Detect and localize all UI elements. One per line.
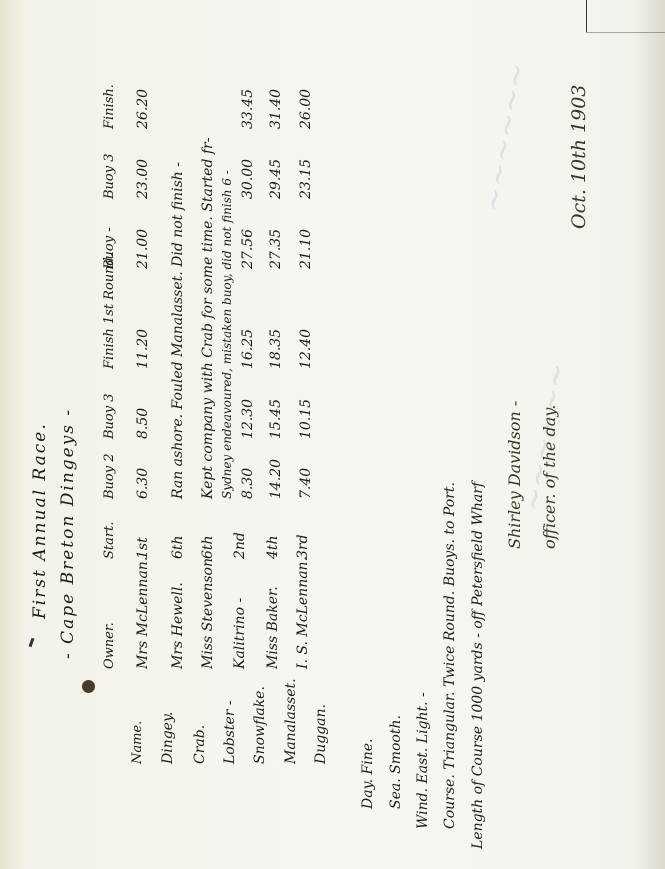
row-owner: Mrs McLennan. (135, 557, 151, 669)
page-subtitle: - Cape Breton Dingeys - (58, 408, 78, 659)
row-time: 27.35 (268, 229, 284, 269)
header-buoy2: Buoy 2 (102, 454, 117, 500)
row-time: 15.45 (268, 399, 284, 439)
header-buoy: Buoy - (102, 227, 117, 269)
row-time: 33.45 (240, 89, 256, 129)
conditions-wind: Wind. East. Light. - (415, 692, 431, 829)
row-time: 18.35 (268, 329, 284, 369)
row-time: 11.20 (135, 329, 151, 369)
row-start: 2nd (232, 532, 248, 559)
conditions-length: Length of Course 1000 yards - off Peters… (470, 482, 486, 849)
header-finish1: Finish 1st Round. (102, 253, 117, 369)
header-buoy3b: Buoy 3 (102, 154, 117, 200)
row-note: Sydney endeavoured, mistaken buoy, did n… (220, 170, 234, 499)
row-time: 30.00 (240, 159, 256, 199)
row-time: 10.15 (298, 399, 314, 439)
signature-date: Oct. 10th 1903 (568, 85, 590, 229)
row-start: 4th (265, 535, 281, 559)
row-name: Crab. (192, 725, 208, 764)
row-name: Manalasset. (283, 678, 299, 764)
row-start: 6th (170, 535, 186, 559)
row-start: 3rd (295, 534, 311, 559)
signature-name: Shirley Davidson - (505, 401, 524, 549)
conditions-course: Course. Triangular. Twice Round. Buoys. … (442, 482, 458, 829)
row-time: 23.15 (298, 159, 314, 199)
header-finish: Finish. (102, 84, 117, 129)
signature-role: officer. of the day. (540, 405, 559, 549)
row-name: Duggan. (313, 704, 329, 764)
row-time: 8.50 (135, 408, 151, 439)
row-start: 1st (135, 537, 151, 559)
conditions-sea: Sea. Smooth. (388, 715, 404, 809)
row-time: 21.00 (135, 229, 151, 269)
header-buoy3: Buoy 3 (102, 394, 117, 440)
row-time: 12.40 (298, 329, 314, 369)
row-owner: I. S. McLennan. (295, 557, 311, 669)
row-time: 6.30 (135, 468, 151, 499)
row-owner: Miss Baker. (265, 586, 281, 669)
row-owner: Kalitrino - (232, 598, 248, 669)
row-start: 6th (200, 535, 216, 559)
row-time: 16.25 (240, 329, 256, 369)
row-note: Ran ashore. Fouled Manalasset. Did not f… (170, 162, 186, 499)
row-name: Dingey. (160, 712, 176, 764)
document-page: ~~~~~~ ~~~~~~ First Annual Race. - Cape … (0, 0, 665, 869)
row-owner: Miss Stevenson (200, 558, 216, 669)
header-name: Name. (130, 721, 145, 764)
row-time: 26.00 (298, 89, 314, 129)
row-time: 31.40 (268, 89, 284, 129)
row-time: 14.20 (268, 459, 284, 499)
page-title: First Annual Race. (30, 422, 50, 619)
row-time: 29.45 (268, 159, 284, 199)
header-start: Start. (102, 522, 117, 559)
row-time: 26.20 (135, 89, 151, 129)
row-note: Kept company with Crab for some time. St… (200, 138, 216, 499)
row-name: Snowflake. (252, 686, 268, 764)
row-time: 12.30 (240, 399, 256, 439)
rotated-content: First Annual Race. - Cape Breton Dingeys… (0, 0, 665, 869)
row-time: 21.10 (298, 229, 314, 269)
conditions-day: Day. Fine. (360, 739, 376, 809)
row-owner: Mrs Hewell. (170, 582, 186, 669)
row-time: 27.56 (240, 229, 256, 269)
header-owner: Owner. (102, 622, 117, 669)
row-name: Lobster - (222, 700, 238, 764)
row-time: 8.30 (240, 468, 256, 499)
row-time: 7.40 (298, 468, 314, 499)
row-time: 23.00 (135, 159, 151, 199)
